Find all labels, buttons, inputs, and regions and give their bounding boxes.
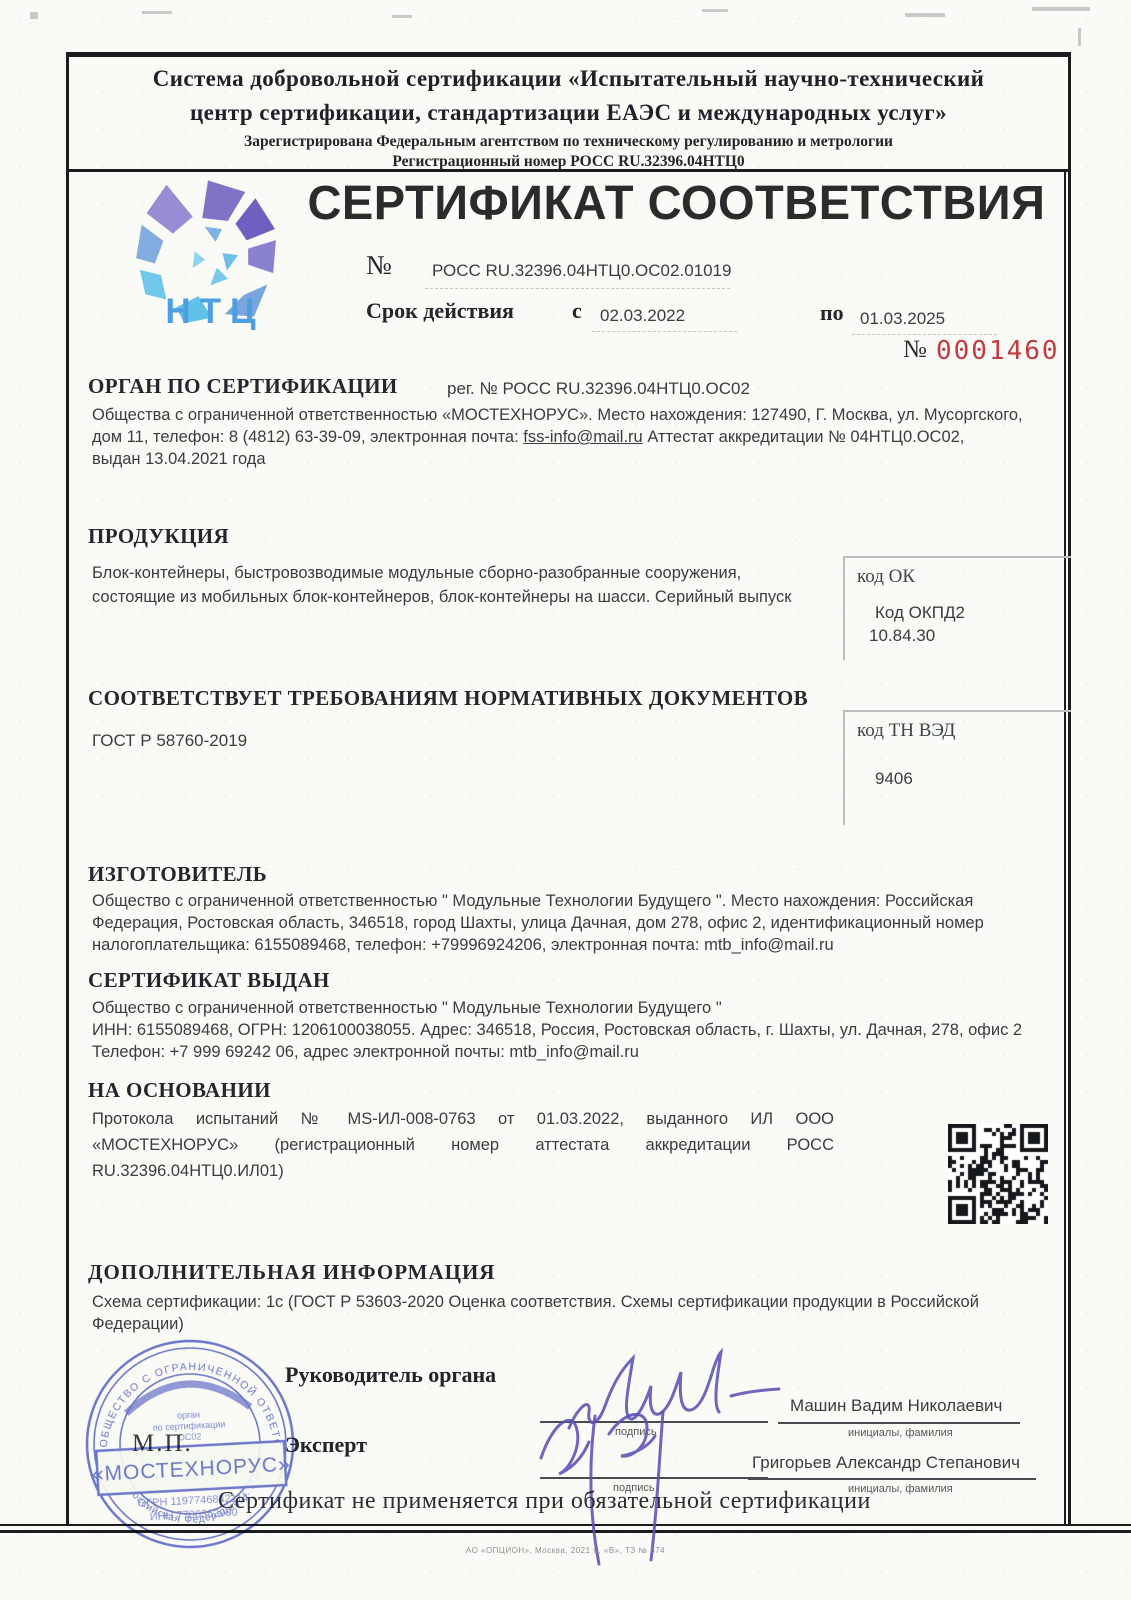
- tnved-value: 9406: [875, 768, 1071, 790]
- org-line-3: выдан 13.04.2021 года: [92, 448, 266, 470]
- additional-line-2: Федерации): [92, 1313, 184, 1335]
- manufacturer-line-2: Федерация, Ростовская область, 346518, г…: [92, 912, 984, 934]
- tnved-code-box: код ТН ВЭД 9406: [843, 710, 1071, 825]
- stamp-small-2: по сертификации: [153, 1419, 226, 1433]
- cert-number-underline: [425, 288, 730, 289]
- company-stamp: ОБЩЕСТВО С ОГРАНИЧЕННОЙ ОТВЕТСТВЕННОСТЬЮ…: [76, 1330, 303, 1557]
- org-line2-pre: дом 11, телефон: 8 (4812) 63-39-09, элек…: [92, 428, 523, 446]
- additional-line-1: Схема сертификации: 1с (ГОСТ Р 53603-202…: [92, 1291, 979, 1313]
- system-regnumber-line: Регистрационный номер РОСС RU.32396.04НТ…: [69, 153, 1068, 171]
- system-registered-line: Зарегистрирована Федеральным агентством …: [69, 133, 1068, 151]
- manufacturer-heading: ИЗГОТОВИТЕЛЬ: [88, 862, 267, 887]
- expert-name-line: [748, 1478, 1036, 1480]
- qr-code: [948, 1124, 1048, 1224]
- org-reg-number: рег. № РОСС RU.32396.04НТЦ0.ОС02: [447, 378, 750, 400]
- page-title: СЕРТИФИКАТ СООТВЕТСТВИЯ: [307, 176, 1037, 231]
- product-line-1: Блок-контейнеры, быстровозводимые модуль…: [92, 562, 741, 584]
- product-heading: ПРОДУКЦИЯ: [88, 524, 229, 549]
- validity-to-prep: по: [820, 300, 844, 326]
- cert-number-value: РОСС RU.32396.04НТЦ0.ОС02.01019: [432, 260, 731, 282]
- okpd-value: 10.84.30: [869, 625, 1071, 647]
- cert-number-label: №: [366, 250, 392, 281]
- issued-line-2: ИНН: 6155089468, ОГРН: 1206100038055. Ад…: [92, 1019, 1022, 1041]
- org-line2-post: Аттестат аккредитации № 04НТЦ0.ОС02,: [643, 428, 965, 446]
- header-box: Система добровольной сертификации «Испыт…: [66, 52, 1071, 172]
- validity-to-date: 01.03.2025: [860, 308, 945, 330]
- org-line-2: дом 11, телефон: 8 (4812) 63-39-09, элек…: [92, 426, 964, 448]
- compliance-heading: СООТВЕТСТВУЕТ ТРЕБОВАНИЯМ НОРМАТИВНЫХ ДО…: [88, 686, 808, 711]
- additional-heading: ДОПОЛНИТЕЛЬНАЯ ИНФОРМАЦИЯ: [88, 1260, 495, 1285]
- issued-heading: СЕРТИФИКАТ ВЫДАН: [88, 968, 330, 993]
- validity-label: Срок действия: [366, 298, 514, 324]
- issued-line-1: Общество с ограниченной ответственностью…: [92, 997, 722, 1019]
- expert-name: Григорьев Александр Степанович: [752, 1452, 1020, 1474]
- expert-role-label: Эксперт: [285, 1432, 367, 1458]
- validity-from-prep: с: [572, 298, 582, 324]
- org-email: fss-info@mail.ru: [523, 428, 642, 446]
- system-name-line2: центр сертификации, стандартизации ЕАЭС …: [69, 100, 1068, 126]
- serial-label: №: [903, 336, 927, 364]
- certificate-page: Система добровольной сертификации «Испыт…: [0, 0, 1131, 1600]
- head-name-line: [778, 1422, 1020, 1424]
- org-line-1: Общества с ограниченной ответственностью…: [92, 404, 1023, 426]
- compliance-standard: ГОСТ Р 58760-2019: [92, 730, 247, 752]
- manufacturer-line-1: Общество с ограниченной ответственностью…: [92, 890, 973, 912]
- frame-right-border: [1064, 170, 1071, 1524]
- ok-code-label: код ОК: [857, 566, 1071, 588]
- system-name-line1: Система добровольной сертификации «Испыт…: [69, 66, 1068, 92]
- serial-number: 0001460: [936, 336, 1060, 366]
- product-line-2: состоящие из мобильных блок-контейнеров,…: [92, 586, 791, 608]
- stamp-small-1: орган: [177, 1409, 201, 1420]
- from-date-underline: [592, 331, 737, 332]
- expert-signature-ink: [525, 1382, 735, 1572]
- tnved-label: код ТН ВЭД: [857, 720, 1071, 742]
- basis-paragraph: Протокола испытаний № MS-ИЛ-008-0763 от …: [92, 1106, 834, 1184]
- head-name: Машин Вадим Николаевич: [790, 1395, 1002, 1417]
- footer-note: Сертификат не применяется при обязательн…: [218, 1488, 871, 1515]
- head-name-caption: инициалы, фамилия: [848, 1427, 953, 1439]
- okpd-label: Код ОКПД2: [875, 602, 1071, 624]
- logo-abbr: НТЦ: [150, 292, 280, 332]
- stamp-small-3: ОС02: [178, 1431, 202, 1442]
- validity-from-date: 02.03.2022: [600, 305, 685, 327]
- org-heading: ОРГАН ПО СЕРТИФИКАЦИИ: [88, 374, 398, 399]
- manufacturer-line-3: налогоплательщика: 6155089468, телефон: …: [92, 934, 834, 956]
- issued-line-3: Телефон: +7 999 69242 06, адрес электрон…: [92, 1041, 639, 1063]
- to-date-underline: [852, 334, 997, 335]
- printer-imprint: АО «ОПЦИОН», Москва, 2021 г., «В», ТЗ № …: [0, 1546, 1131, 1555]
- ok-code-box: код ОК Код ОКПД2 10.84.30: [843, 556, 1071, 660]
- head-role-label: Руководитель органа: [285, 1362, 496, 1388]
- basis-heading: НА ОСНОВАНИИ: [88, 1078, 271, 1103]
- frame-left-border: [66, 170, 69, 1524]
